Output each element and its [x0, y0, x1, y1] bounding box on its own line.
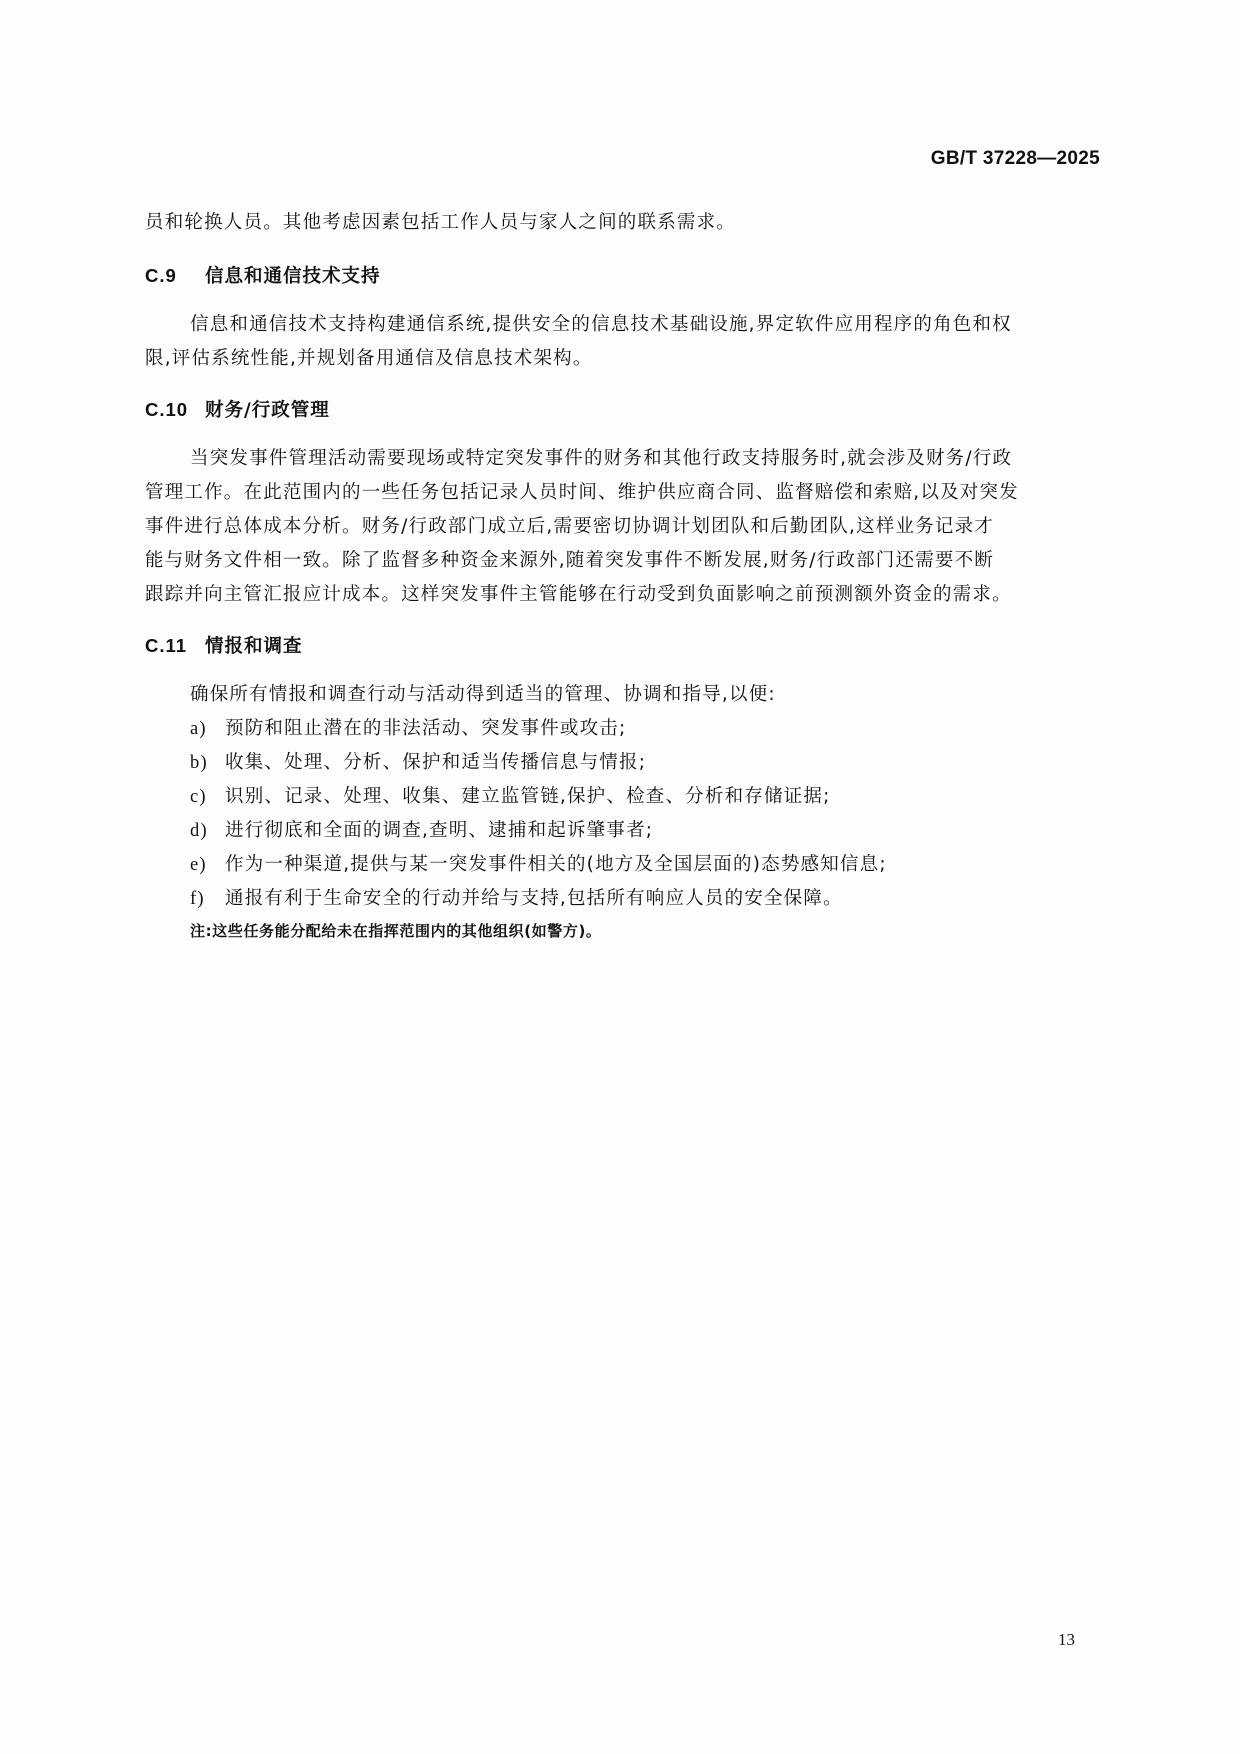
paragraph-line: 信息和通信技术支持构建通信系统,提供安全的信息技术基础设施,界定软件应用程序的角… [190, 310, 1012, 336]
standard-id: GB/T 37228—2025 [931, 148, 1100, 170]
intro-text: 确保所有情报和调查行动与活动得到适当的管理、协调和指导,以便: [190, 680, 776, 706]
list-item: f)通报有利于生命安全的行动并给与支持,包括所有响应人员的安全保障。 [190, 884, 843, 910]
list-item: b)收集、处理、分析、保护和适当传播信息与情报; [190, 748, 646, 774]
section-heading-c10: C.10财务/行政管理 [145, 396, 330, 422]
section-number: C.9 [145, 265, 205, 287]
paragraph-line: 跟踪并向主管汇报应计成本。这样突发事件主管能够在行动受到负面影响之前预测额外资金… [145, 580, 1012, 606]
continuation-text: 员和轮换人员。其他考虑因素包括工作人员与家人之间的联系需求。 [145, 208, 736, 234]
page-number: 13 [1058, 1630, 1075, 1650]
list-item: a)预防和阻止潜在的非法活动、突发事件或攻击; [190, 714, 626, 740]
section-title: 财务/行政管理 [205, 400, 330, 421]
paragraph-line: 能与财务文件相一致。除了监督多种资金来源外,随着突发事件不断发展,财务/行政部门… [145, 546, 994, 572]
section-title: 情报和调查 [205, 636, 303, 657]
section-heading-c9: C.9信息和通信技术支持 [145, 262, 381, 288]
list-item: c)识别、记录、处理、收集、建立监管链,保护、检查、分析和存储证据; [190, 782, 831, 808]
note-label: 注: [190, 922, 212, 940]
paragraph-line: 事件进行总体成本分析。财务/行政部门成立后,需要密切协调计划团队和后勤团队,这样… [145, 512, 994, 538]
list-item: e)作为一种渠道,提供与某一突发事件相关的(地方及全国层面的)态势感知信息; [190, 850, 887, 876]
section-number: C.11 [145, 635, 205, 657]
section-heading-c11: C.11情报和调查 [145, 632, 303, 658]
note-text: 这些任务能分配给未在指挥范围内的其他组织(如警方)。 [212, 922, 601, 940]
paragraph-line: 当突发事件管理活动需要现场或特定突发事件的财务和其他行政支持服务时,就会涉及财务… [190, 444, 1012, 470]
section-number: C.10 [145, 399, 205, 421]
note: 注:这些任务能分配给未在指挥范围内的其他组织(如警方)。 [190, 920, 602, 941]
document-page: GB/T 37228—2025 员和轮换人员。其他考虑因素包括工作人员与家人之间… [0, 0, 1240, 1754]
paragraph-line: 限,评估系统性能,并规划备用通信及信息技术架构。 [145, 344, 593, 370]
paragraph-line: 管理工作。在此范围内的一些任务包括记录人员时间、维护供应商合同、监督赔偿和索赔,… [145, 478, 1019, 504]
section-title: 信息和通信技术支持 [205, 266, 381, 287]
list-item: d)进行彻底和全面的调查,查明、逮捕和起诉肇事者; [190, 816, 653, 842]
